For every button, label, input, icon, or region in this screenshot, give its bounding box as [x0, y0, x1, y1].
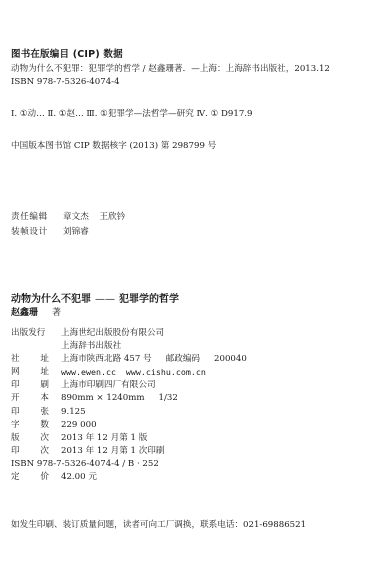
- pub-row-edition: 版次 2013 年 12 月第 1 版: [11, 432, 247, 445]
- publication-details: 出版发行 上海世纪出版股份有限公司 上海辞书出版社 社址 上海市陕西北路 457…: [11, 327, 247, 484]
- credit-label: 装帧设计: [11, 225, 63, 240]
- title-separator: ——: [95, 294, 115, 305]
- book-main-title: 动物为什么不犯罪: [11, 294, 91, 305]
- credit-label: 责任编辑: [11, 210, 63, 225]
- pub-row-address: 社址 上海市陕西北路 457 号邮政编码200040: [11, 353, 247, 366]
- credit-name: 刘锦睿: [63, 227, 89, 237]
- credit-name: 王欣钤: [100, 212, 126, 222]
- credit-row-editor: 责任编辑 章文杰 王欣钤: [11, 210, 133, 225]
- credit-name: 章文杰: [63, 212, 89, 222]
- pub-label: 印张: [11, 406, 61, 419]
- pub-row-isbn: ISBN 978-7-5326-4074-4 / B · 252: [11, 458, 247, 471]
- pub-row-price: 定价 42.00 元: [11, 471, 247, 484]
- book-author: 赵鑫珊著: [11, 305, 61, 318]
- cip-record-number: 中国版本图书馆 CIP 数据核字 (2013) 第 298799 号: [11, 139, 216, 151]
- pub-value: 42.00 元: [61, 471, 97, 484]
- quality-notice: 如发生印刷、装订质量问题，读者可向工厂调换，联系电话：021-69886521: [11, 518, 306, 530]
- pub-row-words: 字数 229 000: [11, 419, 247, 432]
- pub-value: 上海市陕西北路 457 号邮政编码200040: [61, 353, 247, 366]
- pub-row-publisher: 出版发行 上海世纪出版股份有限公司: [11, 327, 247, 340]
- pub-isbn: ISBN 978-7-5326-4074-4 / B · 252: [11, 458, 159, 471]
- author-name: 赵鑫珊: [11, 308, 38, 318]
- pub-value: 9.125: [61, 406, 86, 419]
- pub-value: www.ewen.cc www.cishu.com.cn: [61, 366, 206, 379]
- pub-label: 印次: [11, 445, 61, 458]
- author-role: 著: [52, 308, 61, 318]
- pub-value: 2013 年 12 月第 1 版: [61, 432, 147, 445]
- website-links: www.ewen.cc www.cishu.com.cn: [61, 367, 206, 377]
- cip-isbn: ISBN 978-7-5326-4074-4: [11, 77, 120, 87]
- pub-label: 版次: [11, 432, 61, 445]
- credit-values: 刘锦睿: [63, 225, 97, 240]
- pub-row-printing: 印次 2013 年 12 月第 1 次印刷: [11, 445, 247, 458]
- pub-value: 229 000: [61, 419, 97, 432]
- pub-row-printer: 印刷 上海市印刷四厂有限公司: [11, 379, 247, 392]
- book-subtitle: 犯罪学的哲学: [119, 294, 179, 305]
- credit-values: 章文杰 王欣钤: [63, 210, 133, 225]
- cip-classification: Ⅰ. ①动… Ⅱ. ①赵… Ⅲ. ①犯罪学—法哲学—研究 Ⅳ. ① D917.9: [11, 107, 253, 119]
- pub-value: 上海辞书出版社: [61, 340, 121, 353]
- pub-row-sheets: 印张 9.125: [11, 406, 247, 419]
- pub-row-website: 网址 www.ewen.cc www.cishu.com.cn: [11, 366, 247, 379]
- credit-row-design: 装帧设计 刘锦睿: [11, 225, 133, 240]
- pub-label: 印刷: [11, 379, 61, 392]
- pub-row-publisher-2: 上海辞书出版社: [11, 340, 247, 353]
- editorial-credits: 责任编辑 章文杰 王欣钤 装帧设计 刘锦睿: [11, 210, 133, 240]
- cip-heading: 图书在版编目 (CIP) 数据: [11, 46, 123, 60]
- pub-value: 上海市印刷四厂有限公司: [61, 379, 156, 392]
- pub-label: 社址: [11, 353, 61, 366]
- pub-value: 上海世纪出版股份有限公司: [61, 327, 164, 340]
- pub-label: 开本: [11, 392, 61, 405]
- pub-row-format: 开本 890mm × 1240mm1/32: [11, 392, 247, 405]
- pub-label: 出版发行: [11, 327, 61, 340]
- pub-label: 字数: [11, 419, 61, 432]
- pub-value: 890mm × 1240mm1/32: [61, 392, 178, 405]
- cip-bibliographic-entry: 动物为什么不犯罪：犯罪学的哲学 / 赵鑫珊著．—上海：上海辞书出版社，2013.…: [11, 62, 330, 74]
- pub-value: 2013 年 12 月第 1 次印刷: [61, 445, 165, 458]
- pub-label: 定价: [11, 471, 61, 484]
- pub-label: 网址: [11, 366, 61, 379]
- book-title: 动物为什么不犯罪——犯罪学的哲学: [11, 290, 179, 305]
